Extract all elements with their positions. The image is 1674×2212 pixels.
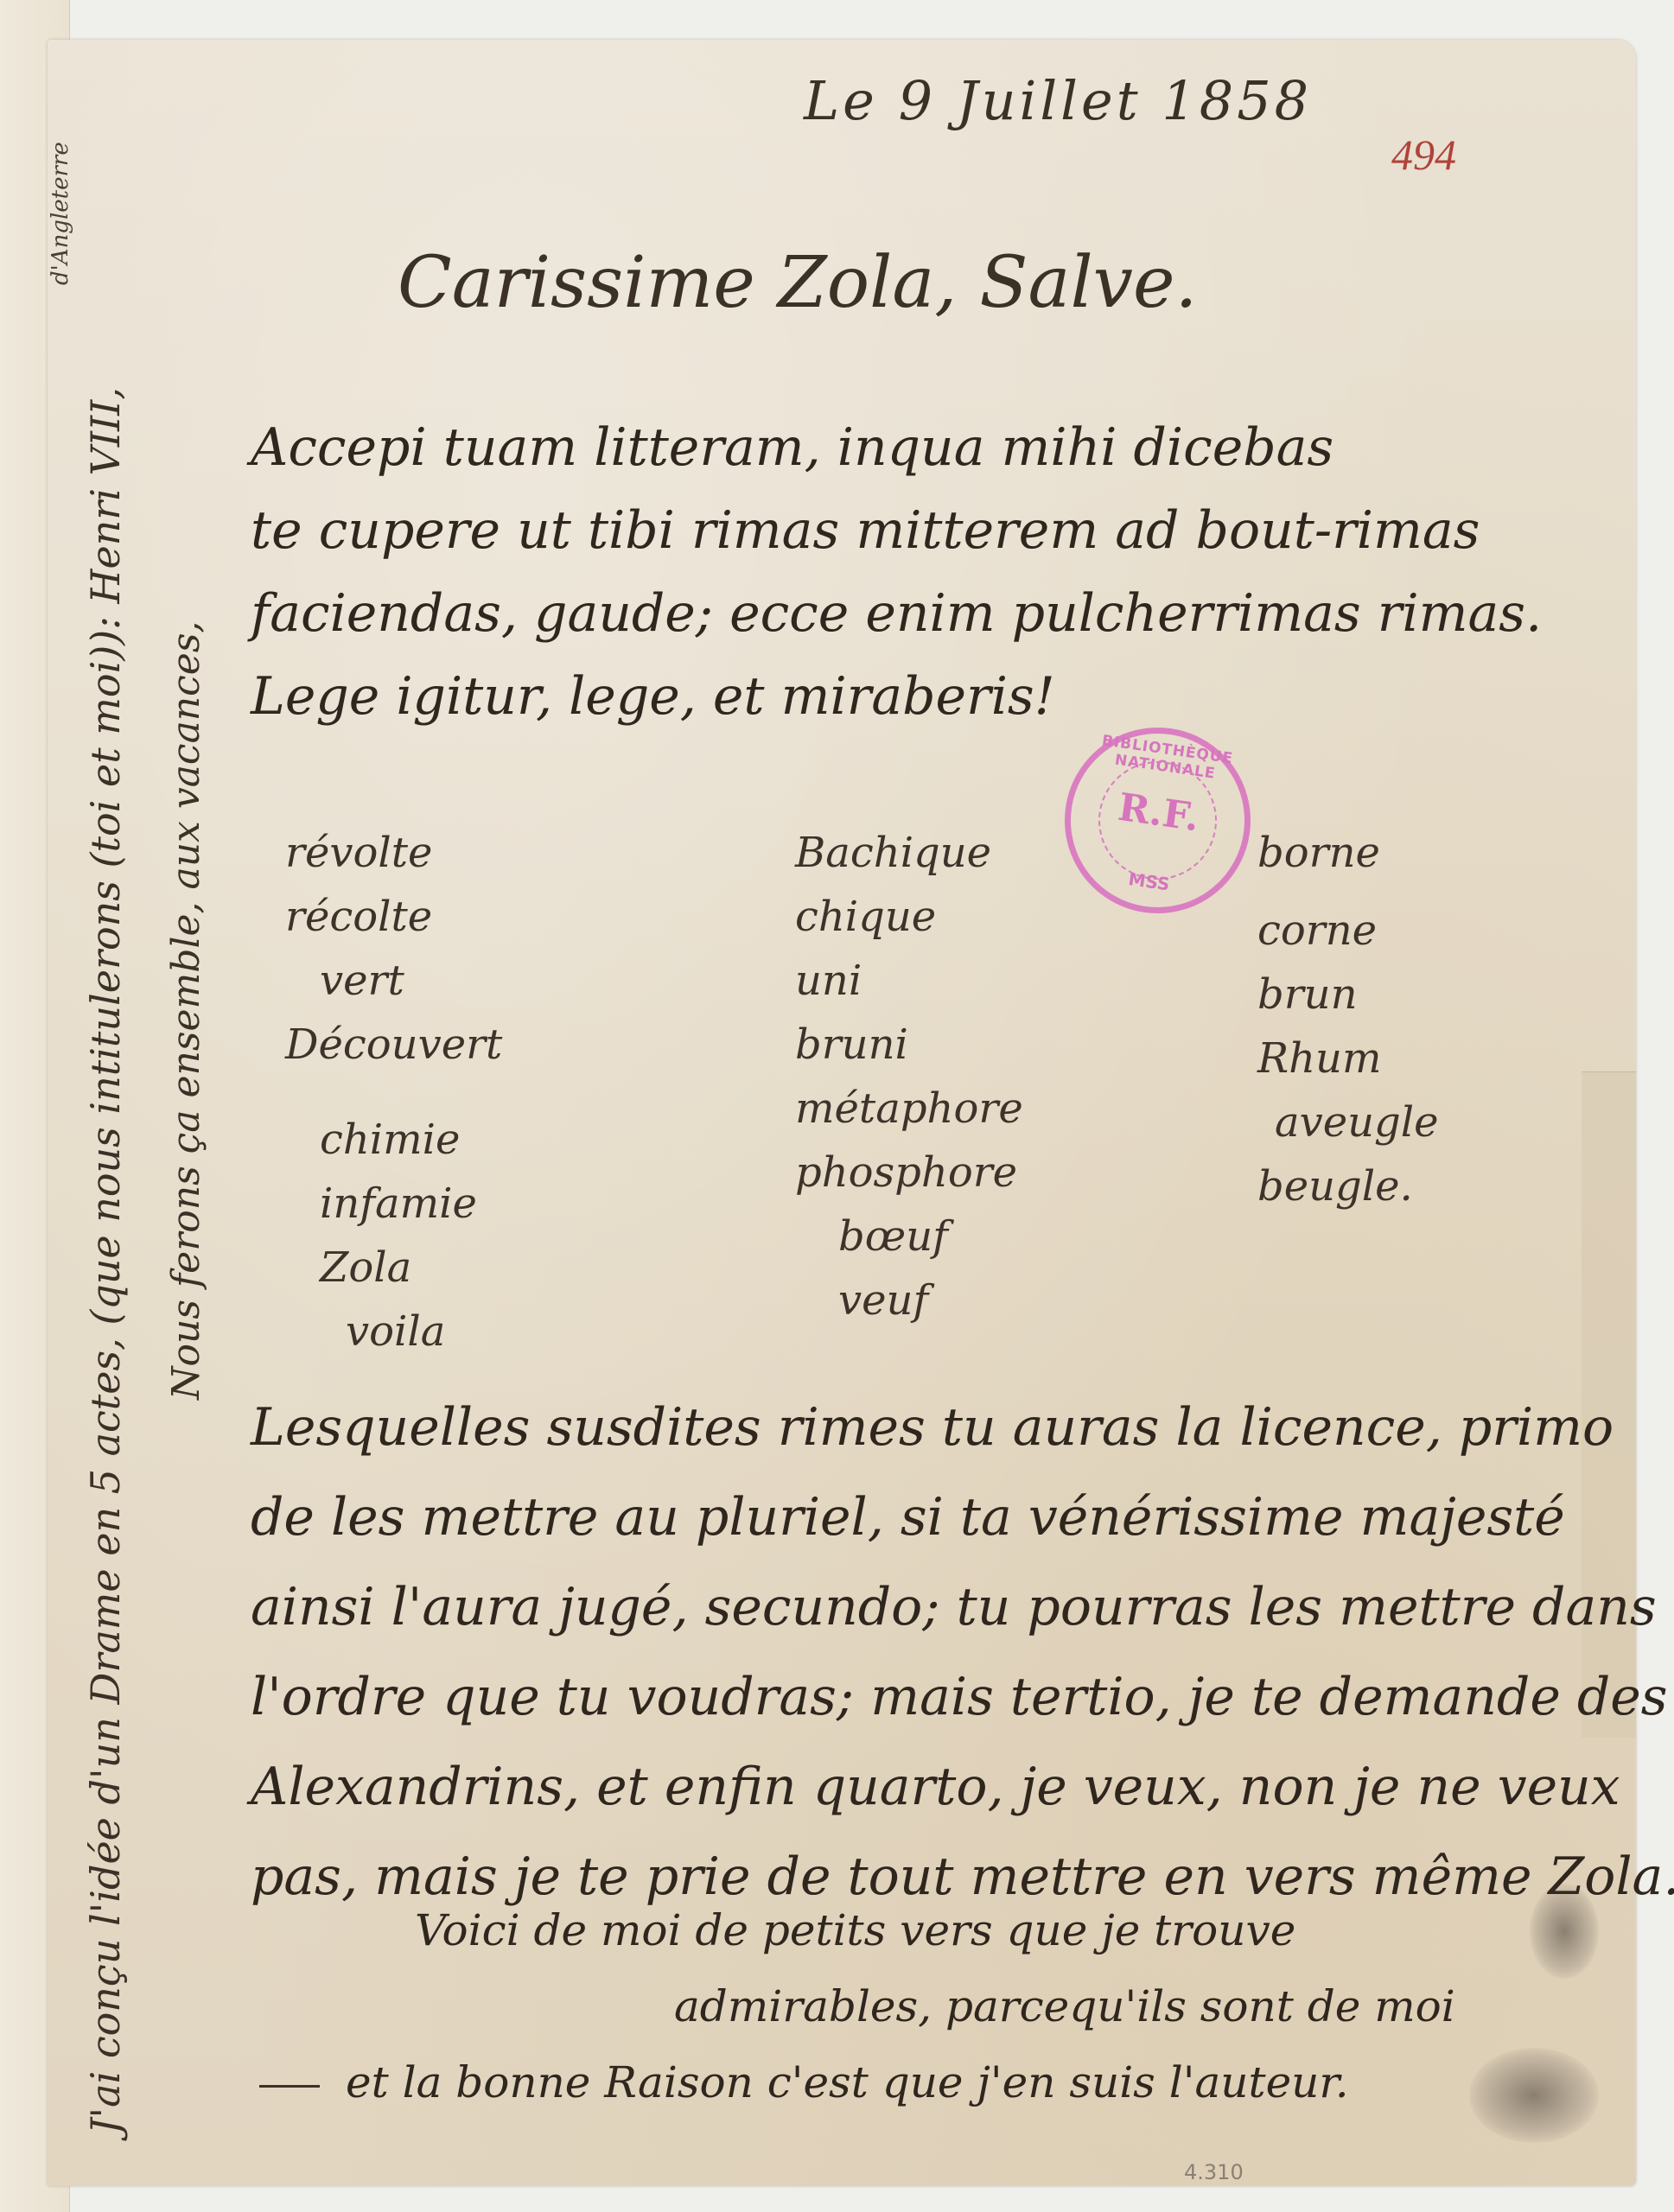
rhyme-word: Bachique [795, 821, 1023, 885]
latin-line: Lege igitur, lege, et miraberis! [251, 655, 1616, 738]
french-line: l'ordre que tu voudras; mais tertio, je … [251, 1652, 1616, 1742]
rhyme-column-1: révolte récolte vert Découvert chimie in… [285, 821, 502, 1363]
rhyme-column-2: Bachique chique uni bruni métaphore phos… [795, 821, 1023, 1332]
rhyme-word: uni [795, 949, 1023, 1013]
french-line: ainsi l'aura jugé, secundo; tu pourras l… [251, 1562, 1616, 1652]
rhyme-column-3: borne corne brun Rhum aveugle beugle. [1257, 821, 1439, 1218]
rhyme-word: Découvert [285, 1013, 502, 1077]
rhyme-word: beugle. [1257, 1154, 1439, 1218]
ink-smudge [1530, 1884, 1599, 1979]
closing-line: et la bonne Raison c'est que j'en suis l… [259, 2044, 1455, 2120]
rhyme-word: corne [1257, 899, 1439, 963]
closing-line: Voici de moi de petits vers que je trouv… [259, 1892, 1455, 1968]
rhyme-word: Zola [285, 1236, 502, 1300]
rhyme-word: chimie [285, 1108, 502, 1172]
rhyme-word: phosphore [795, 1141, 1023, 1205]
closing-lines: Voici de moi de petits vers que je trouv… [259, 1892, 1455, 2120]
letter-date: Le 9 Juillet 1858 [804, 69, 1312, 132]
rhyme-word: récolte [285, 885, 502, 949]
rhyme-word: brun [1257, 963, 1439, 1027]
rhyme-word: aveugle [1257, 1090, 1439, 1154]
rhyme-word: borne [1257, 821, 1439, 885]
closing-line-text: et la bonne Raison c'est que j'en suis l… [346, 2057, 1349, 2107]
french-line: Alexandrins, et enfin quarto, je veux, n… [251, 1742, 1616, 1832]
latin-line: te cupere ut tibi rimas mitterem ad bout… [251, 489, 1616, 572]
margin-note-superscript: d'Angleterre [48, 142, 73, 285]
rhyme-word: voila [285, 1300, 502, 1363]
rhyme-word: bruni [795, 1013, 1023, 1077]
latin-line: Accepi tuam litteram, inqua mihi dicebas [251, 406, 1616, 489]
french-paragraph: Lesquelles susdites rimes tu auras la li… [251, 1382, 1616, 1922]
closing-line: admirables, parcequ'ils sont de moi [259, 1968, 1455, 2044]
latin-paragraph: Accepi tuam litteram, inqua mihi dicebas… [251, 406, 1616, 738]
rhyme-word: Rhum [1257, 1027, 1439, 1090]
rhyme-word: révolte [285, 821, 502, 885]
rhyme-word: chique [795, 885, 1023, 949]
rhyme-word: veuf [795, 1268, 1023, 1332]
french-line: de les mettre au pluriel, si ta vénériss… [251, 1472, 1616, 1562]
margin-note-2: Nous ferons ça ensemble, aux vacances, [164, 621, 208, 1400]
ink-smudge [1469, 2048, 1599, 2143]
shelfmark: 4.310 [1184, 2160, 1244, 2184]
rhyme-word: vert [285, 949, 502, 1013]
rhyme-word: métaphore [795, 1077, 1023, 1141]
rhyme-word: infamie [285, 1172, 502, 1236]
rhyme-word: bœuf [795, 1205, 1023, 1268]
dash-mark [259, 2085, 320, 2088]
folio-number: 494 [1391, 130, 1456, 180]
french-line: Lesquelles susdites rimes tu auras la li… [251, 1382, 1616, 1472]
margin-note-1: J'ai conçu l'idée d'un Drame en 5 actes,… [82, 387, 129, 2134]
salutation: Carissime Zola, Salve. [398, 242, 1198, 324]
latin-line: faciendas, gaude; ecce enim pulcherrimas… [251, 572, 1616, 655]
